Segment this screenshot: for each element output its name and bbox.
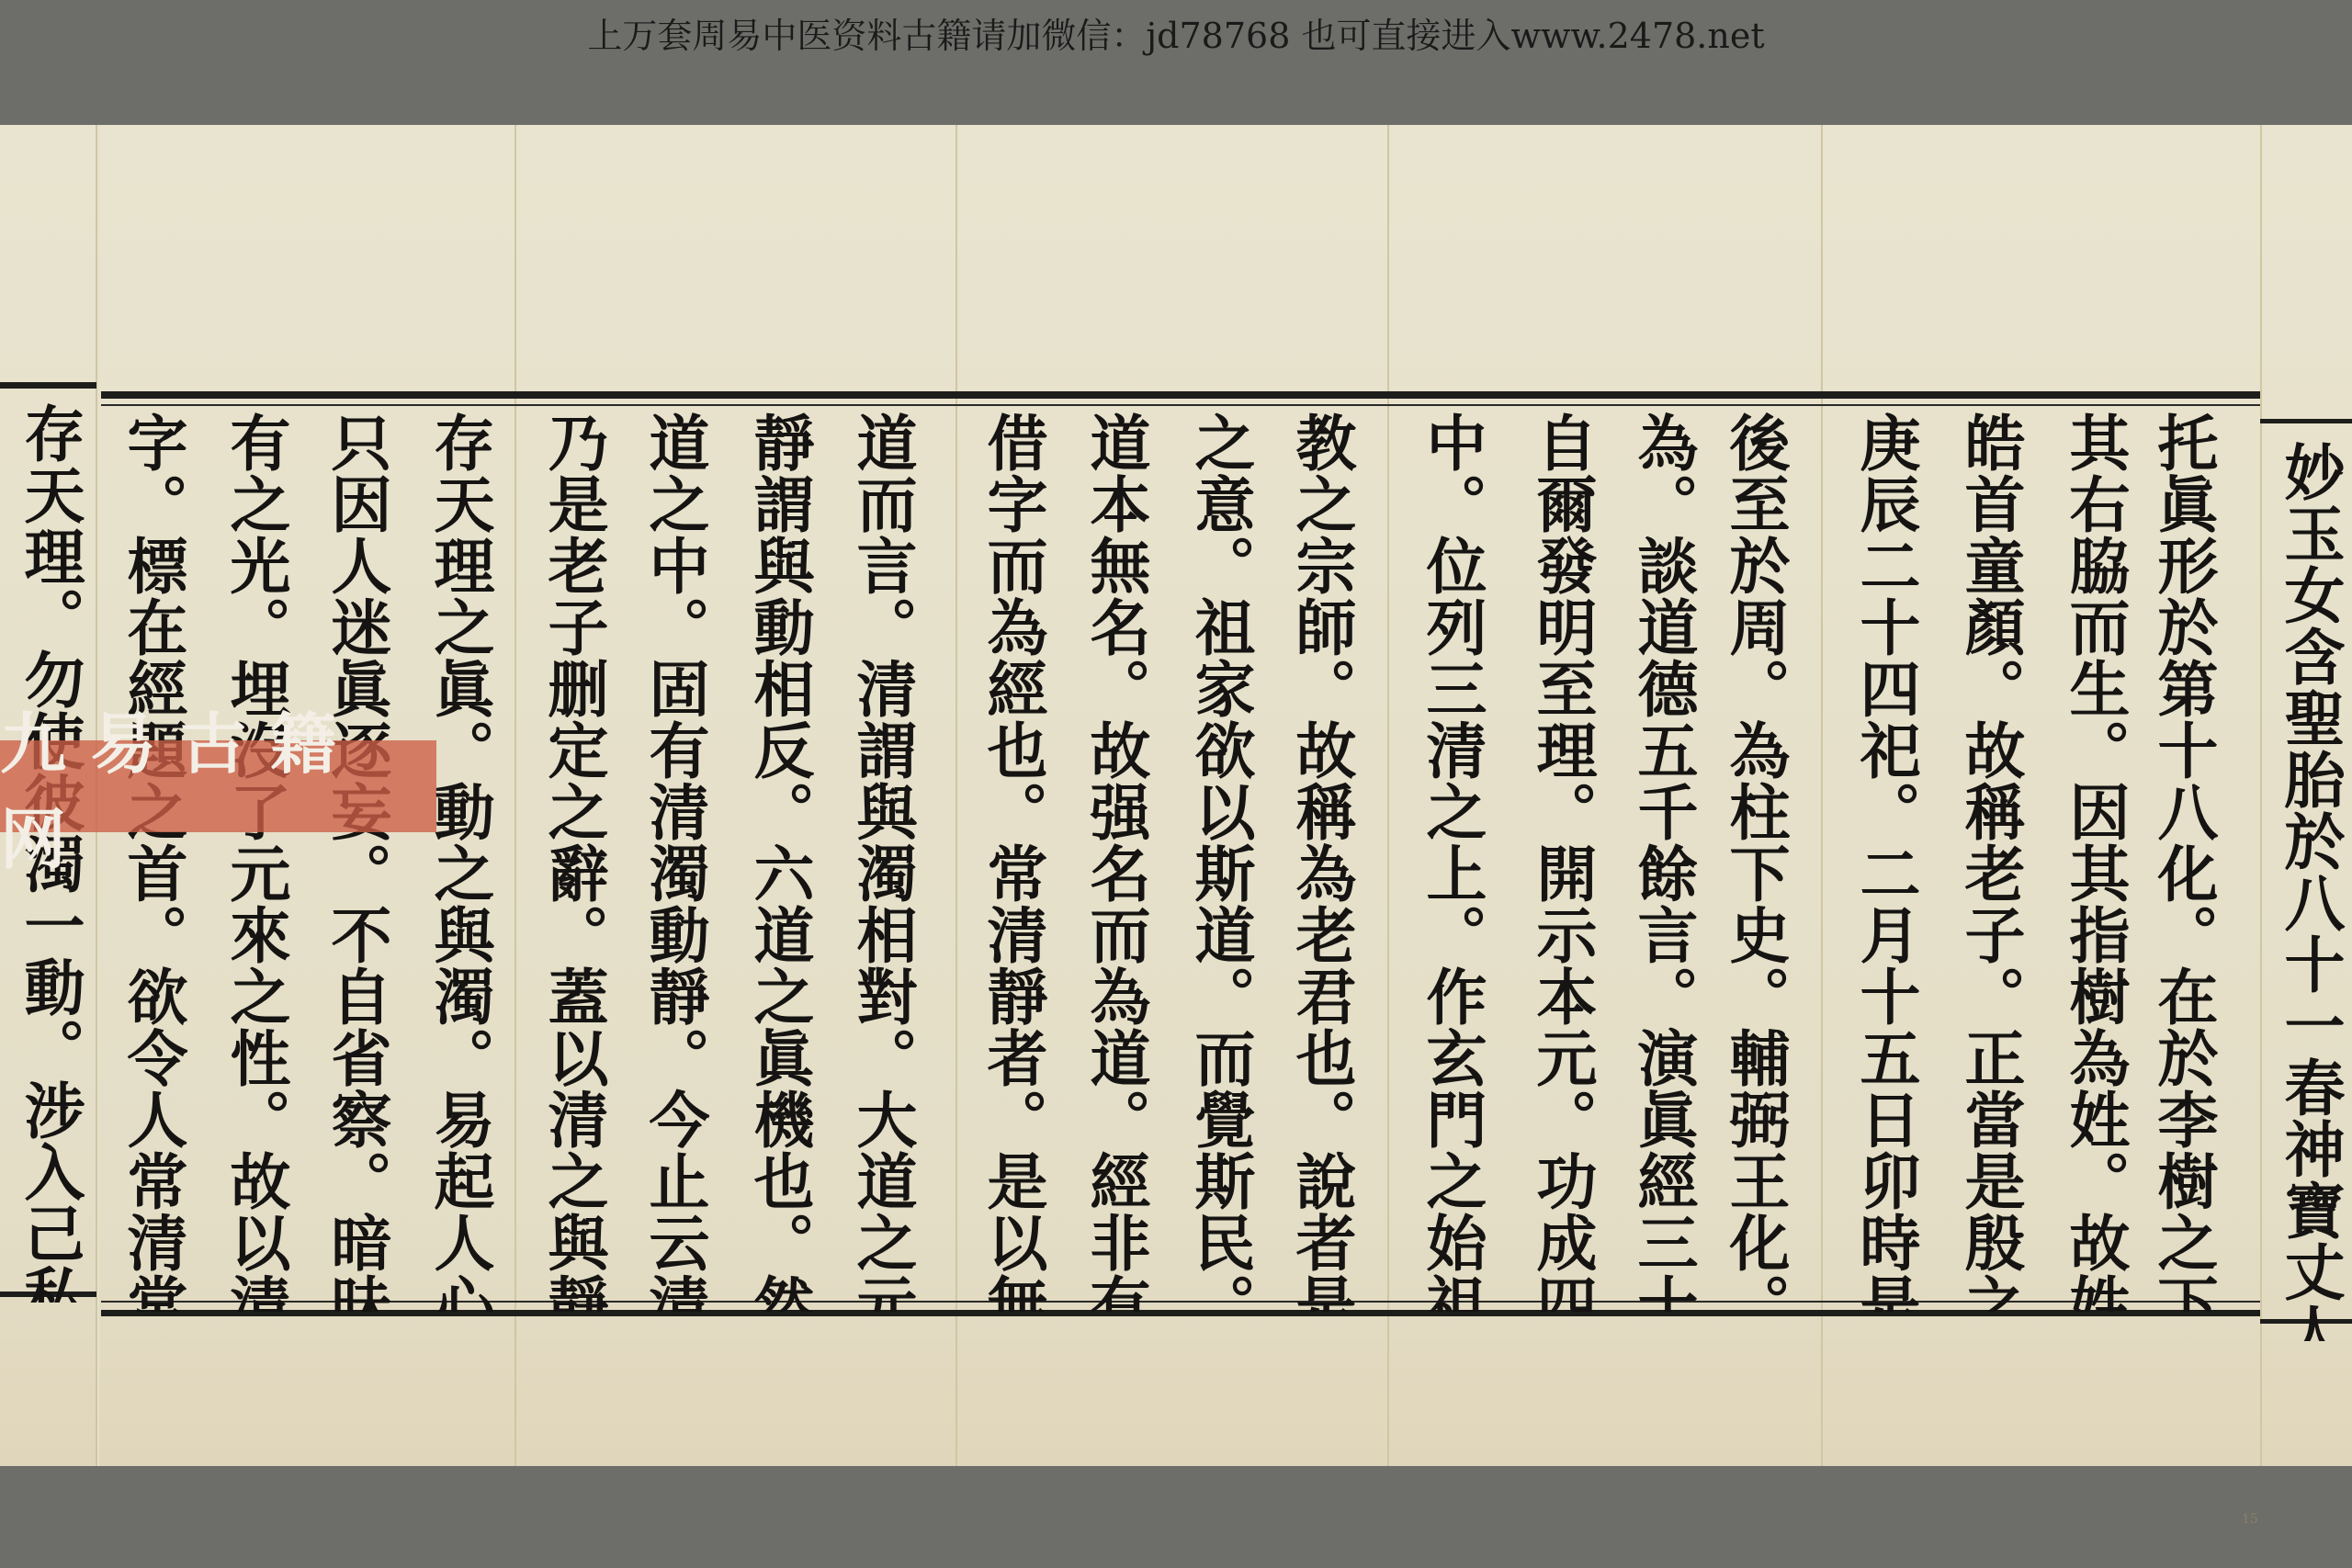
watermark-banner: 上万套周易中医资料古籍请加微信：jd78768 也可直接进入www.2478.n… [0,0,2352,64]
text-column: 教之宗師。故稱為老君也。說者是立言 [1277,412,1365,1312]
right-panel-top-rule [2260,419,2352,423]
banner-text: 上万套周易中医资料古籍请加微信：jd78768 也可直接进入www.2478.n… [587,7,1764,58]
text-column: 自爾發明至理。開示本元。功成四大之 [1518,412,1606,1312]
left-panel-top-rule [0,382,96,389]
text-column: 其右脇而生。因其指樹為姓。故姓李氏。 [2051,412,2139,1312]
text-column: 中。位列三清之上。作玄門之始祖。為道 [1408,412,1496,1312]
paper-seam [1387,125,1389,1466]
text-column: 皓首童顏。故稱老子。正當是殷之武丁。 [1946,412,2034,1312]
watermark-stamp: 九易古籍网 [0,740,436,832]
paper-seam [1821,125,1823,1466]
text-column: 乃是老子删定之辭。蓋以清之與靜。能 [529,412,617,1312]
paper-seam [2260,125,2262,1466]
text-column: 庚辰二十四祀。二月十五日卯時是也。 [1841,412,1929,1312]
text-column: 靜謂與動相反。六道之眞機也。然兹大 [735,412,823,1312]
paper-seam [514,125,516,1466]
watermark-text: 九易古籍网 [0,691,436,882]
top-border-thin-rule [101,404,2260,406]
text-column: 道而言。清謂與濁相對。大道之元炁也。 [838,412,926,1312]
text-column: 道之中。固有清濁動靜。今止云清靜者。 [630,412,718,1312]
paper-seam [955,125,957,1466]
text-column: 道本無名。故强名而為道。經非有字。故 [1071,412,1159,1312]
text-column: 借字而為經也。常清靜者。是以無極大 [968,412,1057,1312]
text-column: 托眞形於第十八化。在於李樹之下。從 [2139,412,2227,1312]
margin-mark: 15 [2242,1512,2258,1527]
text-column: 之意。祖家欲以斯道。而覺斯民。因思其 [1176,412,1264,1312]
top-border-rule [101,391,2260,399]
text-column: 為。談道德五千餘言。演眞經三十六部。 [1619,412,1707,1312]
text-column: 妙玉女含聖胎於八十一春神寶丈人 [2266,441,2352,1341]
text-column: 後至於周。為柱下史。輔弼王化。崇尚無 [1711,412,1799,1312]
